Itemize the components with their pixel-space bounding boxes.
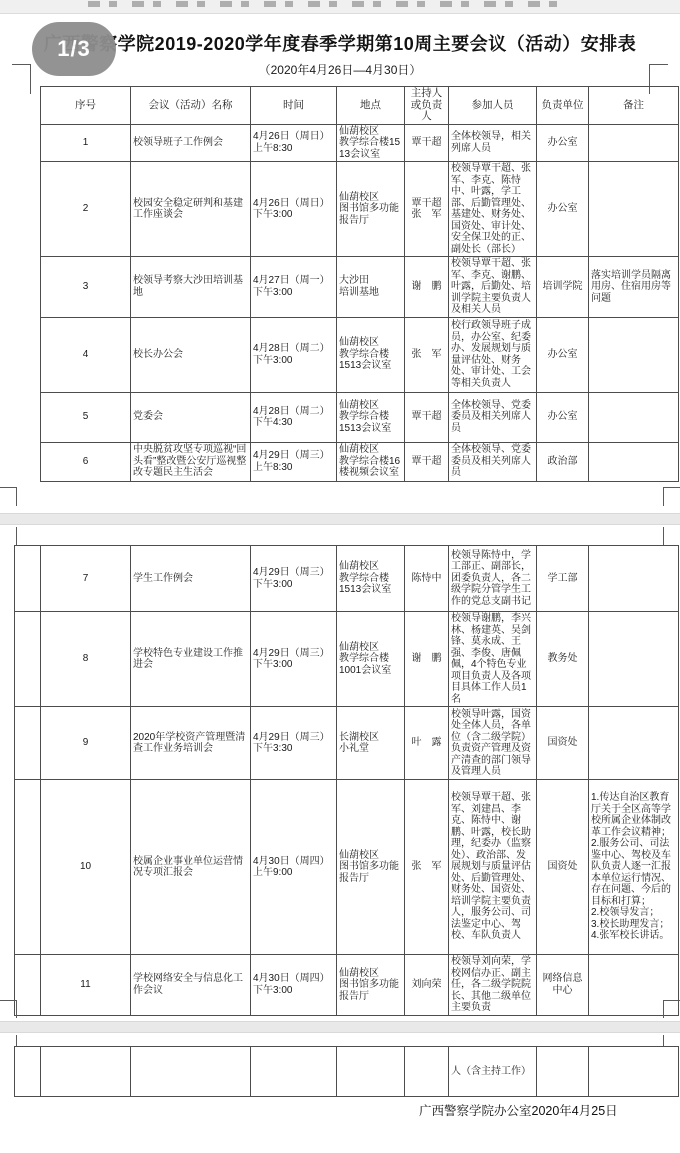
cell-remarks: 落实培训学员隔离用房、住宿用房等问题 [589,257,679,318]
cell-name: 校属企业事业单位运营情况专项汇报会 [131,780,251,955]
cell-participants: 全体校领导、党委委员及相关列席人员 [449,442,537,481]
cell-unit: 培训学院 [537,257,589,318]
page-edge-cell [15,612,41,707]
schedule-table-page-3: 人（含主持工作） [14,1046,679,1097]
cell-host: 刘向荣 [405,955,449,1016]
cell-host: 覃干超 [405,442,449,481]
cell-time: 4月26日（周日） 下午3:00 [251,162,337,257]
cell-remarks [589,162,679,257]
cell-name: 中央脱贫攻坚专项巡视“回头看”整改暨公安厅巡视整改专题民主生活会 [131,442,251,481]
top-clipped-text [88,1,558,7]
table-row: 5党委会4月28日（周二） 下午4:30仙葫校区 教学综合楼 1513会议室覃干… [41,392,679,442]
cell-participants: 校领导陈恃中，学工部正、副部长，团委负责人，各二级学院分管学生工作的党总支副书记 [449,546,537,612]
column-header-time: 时间 [251,87,337,125]
cell-location [337,1047,405,1097]
schedule-table-page-2: 7学生工作例会4月29日（周三） 下午3:00仙葫校区 教学综合楼 1513会议… [14,545,679,1016]
cell-host: 张 军 [405,780,449,955]
page-edge-cell [15,780,41,955]
cell-num [41,1047,131,1097]
cell-name: 校长办公会 [131,317,251,392]
cell-time: 4月29日（周三） 下午3:00 [251,612,337,707]
corner-mark [16,487,17,506]
page-break-band [0,513,680,525]
cell-name: 校领导班子工作例会 [131,124,251,162]
cell-remarks [589,317,679,392]
cell-time: 4月29日（周三） 下午3:30 [251,707,337,780]
cell-host: 谢 鹏 [405,612,449,707]
cell-location: 仙葫校区 教学综合楼 1513会议室 [337,317,405,392]
cell-remarks [589,612,679,707]
cell-location: 仙葫校区 教学综合楼 1513会议室 [337,392,405,442]
cell-name: 学校网络安全与信息化工作会议 [131,955,251,1016]
cell-unit: 国资处 [537,707,589,780]
corner-mark [0,487,17,488]
cell-num: 8 [41,612,131,707]
footer-signature: 广西警察学院办公室2020年4月25日 [419,1101,618,1119]
cell-remarks [589,442,679,481]
cell-participants: 校领导叶露，国资处全体人员，各单位（含二级学院）负责资产管理及资产清查的部门领导… [449,707,537,780]
page-indicator-badge: 1/3 [32,22,116,76]
table-row: 8学校特色专业建设工作推进会4月29日（周三） 下午3:00仙葫校区 教学综合楼… [15,612,679,707]
corner-mark [663,1000,680,1001]
cell-location: 长湖校区 小礼堂 [337,707,405,780]
page-break-band [0,1021,680,1033]
cell-num: 1 [41,124,131,162]
table-row: 92020年学校资产管理暨清查工作业务培训会4月29日（周三） 下午3:30长湖… [15,707,679,780]
cell-time: 4月27日（周一） 下午3:00 [251,257,337,318]
cell-num: 2 [41,162,131,257]
cell-location: 仙葫校区 教学综合楼 1001会议室 [337,612,405,707]
cell-participants: 校领导覃干超、张军、李克、谢鹏、叶露，后勤处、培训学院主要负责人及相关人员 [449,257,537,318]
cell-location: 仙葫校区 教学综合楼 1513会议室 [337,546,405,612]
cell-unit [537,1047,589,1097]
top-clipped-strip [0,0,680,14]
cell-unit: 办公室 [537,317,589,392]
page-edge-cell [15,546,41,612]
cell-unit: 办公室 [537,392,589,442]
cell-participants: 全体校领导，相关列席人员 [449,124,537,162]
table-row: 2校园安全稳定研判和基建工作座谈会4月26日（周日） 下午3:00仙葫校区 图书… [41,162,679,257]
cell-num: 9 [41,707,131,780]
cell-time: 4月29日（周三） 下午3:00 [251,546,337,612]
cell-location: 大沙田 培训基地 [337,257,405,318]
cell-location: 仙葫校区 教学综合楼16 楼视频会议室 [337,442,405,481]
cell-remarks: 1.传达自治区教育厅关于全区高等学校所属企业体制改革工作会议精神； 2.服务公司… [589,780,679,955]
cell-name: 学生工作例会 [131,546,251,612]
cell-time: 4月30日（周四） 下午3:00 [251,955,337,1016]
cell-name: 2020年学校资产管理暨清查工作业务培训会 [131,707,251,780]
cell-time: 4月28日（周二） 下午3:00 [251,317,337,392]
cell-time [251,1047,337,1097]
cell-remarks [589,546,679,612]
table-row: 3校领导考察大沙田培训基地4月27日（周一） 下午3:00大沙田 培训基地谢 鹏… [41,257,679,318]
cell-name: 党委会 [131,392,251,442]
cell-num: 6 [41,442,131,481]
table-row: 4校长办公会4月28日（周二） 下午3:00仙葫校区 教学综合楼 1513会议室… [41,317,679,392]
column-header-remarks: 备注 [589,87,679,125]
cell-time: 4月29日（周三） 上午8:30 [251,442,337,481]
schedule-table-page-1: 序号 会议（活动）名称 时间 地点 主持人 或负责人 参加人员 负责单位 备注 … [40,86,679,482]
corner-mark [663,1035,664,1046]
cell-participants: 全体校领导、党委委员及相关列席人员 [449,392,537,442]
table-row: 人（含主持工作） [15,1047,679,1097]
corner-mark [16,527,17,545]
cell-unit: 网络信息中心 [537,955,589,1016]
cell-num: 10 [41,780,131,955]
corner-mark [663,487,680,488]
cell-remarks [589,124,679,162]
table-row: 6中央脱贫攻坚专项巡视“回头看”整改暨公安厅巡视整改专题民主生活会4月29日（周… [41,442,679,481]
cell-num: 3 [41,257,131,318]
header-row: 序号 会议（活动）名称 时间 地点 主持人 或负责人 参加人员 负责单位 备注 [41,87,679,125]
cell-num: 7 [41,546,131,612]
cell-unit: 办公室 [537,124,589,162]
cell-host: 覃干超 [405,392,449,442]
cell-location: 仙葫校区 图书馆多功能 报告厅 [337,955,405,1016]
cell-remarks [589,1047,679,1097]
cell-name: 校领导考察大沙田培训基地 [131,257,251,318]
cell-participants: 人（含主持工作） [449,1047,537,1097]
document-viewer: 1/3 广西警察学院2019-2020学年度春季学期第10周主要会议（活动）安排… [0,0,680,1153]
corner-mark [663,487,664,506]
corner-mark [0,1000,17,1001]
cell-unit: 政治部 [537,442,589,481]
cell-time: 4月30日（周四） 上午9:00 [251,780,337,955]
cell-location: 仙葫校区 图书馆多功能 报告厅 [337,780,405,955]
cell-location: 仙葫校区 教学综合楼15 13会议室 [337,124,405,162]
table-row: 1校领导班子工作例会4月26日（周日） 上午8:30仙葫校区 教学综合楼15 1… [41,124,679,162]
column-header-unit: 负责单位 [537,87,589,125]
column-header-index: 序号 [41,87,131,125]
page-edge-cell [15,1047,41,1097]
page-edge-cell [15,707,41,780]
cell-participants: 校领导覃干超、张军、刘建昌、李克、陈恃中、谢鹏、叶露，校长助理，纪委办（监察处）… [449,780,537,955]
cell-location: 仙葫校区 图书馆多功能 报告厅 [337,162,405,257]
cell-host: 覃干超 张 军 [405,162,449,257]
corner-mark [16,1035,17,1046]
cell-host: 叶 露 [405,707,449,780]
table-row: 7学生工作例会4月29日（周三） 下午3:00仙葫校区 教学综合楼 1513会议… [15,546,679,612]
cell-participants: 校领导谢鹏，李兴林、杨建英、吴剑锋、莫永成、王强、李俊、唐佩佩，4个特色专业项目… [449,612,537,707]
column-header-location: 地点 [337,87,405,125]
corner-mark [663,527,664,545]
cell-time: 4月28日（周二） 下午4:30 [251,392,337,442]
page-indicator-label: 1/3 [57,36,91,62]
cell-unit: 教务处 [537,612,589,707]
cell-num: 4 [41,317,131,392]
table-row: 11学校网络安全与信息化工作会议4月30日（周四） 下午3:00仙葫校区 图书馆… [15,955,679,1016]
page-edge-cell [15,955,41,1016]
cell-host [405,1047,449,1097]
cell-host: 张 军 [405,317,449,392]
cell-time: 4月26日（周日） 上午8:30 [251,124,337,162]
cell-host: 谢 鹏 [405,257,449,318]
cell-unit: 学工部 [537,546,589,612]
cell-name [131,1047,251,1097]
cell-name: 学校特色专业建设工作推进会 [131,612,251,707]
column-header-participants: 参加人员 [449,87,537,125]
cell-participants: 校领导刘向荣，学校网信办正、副主任，各二级学院院长、其他二级单位主要负责 [449,955,537,1016]
cell-participants: 校领导覃干超、张军、李克、陈恃中、叶露，学工部、后勤管理处、基建处、财务处、国资… [449,162,537,257]
table-row: 10校属企业事业单位运营情况专项汇报会4月30日（周四） 上午9:00仙葫校区 … [15,780,679,955]
cell-remarks [589,707,679,780]
cell-num: 5 [41,392,131,442]
cell-host: 陈恃中 [405,546,449,612]
corner-mark [16,1000,17,1018]
column-header-host: 主持人 或负责人 [405,87,449,125]
cell-num: 11 [41,955,131,1016]
cell-name: 校园安全稳定研判和基建工作座谈会 [131,162,251,257]
cell-unit: 办公室 [537,162,589,257]
corner-mark [663,1000,664,1018]
cell-remarks [589,392,679,442]
cell-remarks [589,955,679,1016]
cell-host: 覃干超 [405,124,449,162]
column-header-meeting-name: 会议（活动）名称 [131,87,251,125]
cell-participants: 校行政领导班子成员，办公室、纪委办、发展规划与质量评估处、财务处、审计处、工会等… [449,317,537,392]
cell-unit: 国资处 [537,780,589,955]
